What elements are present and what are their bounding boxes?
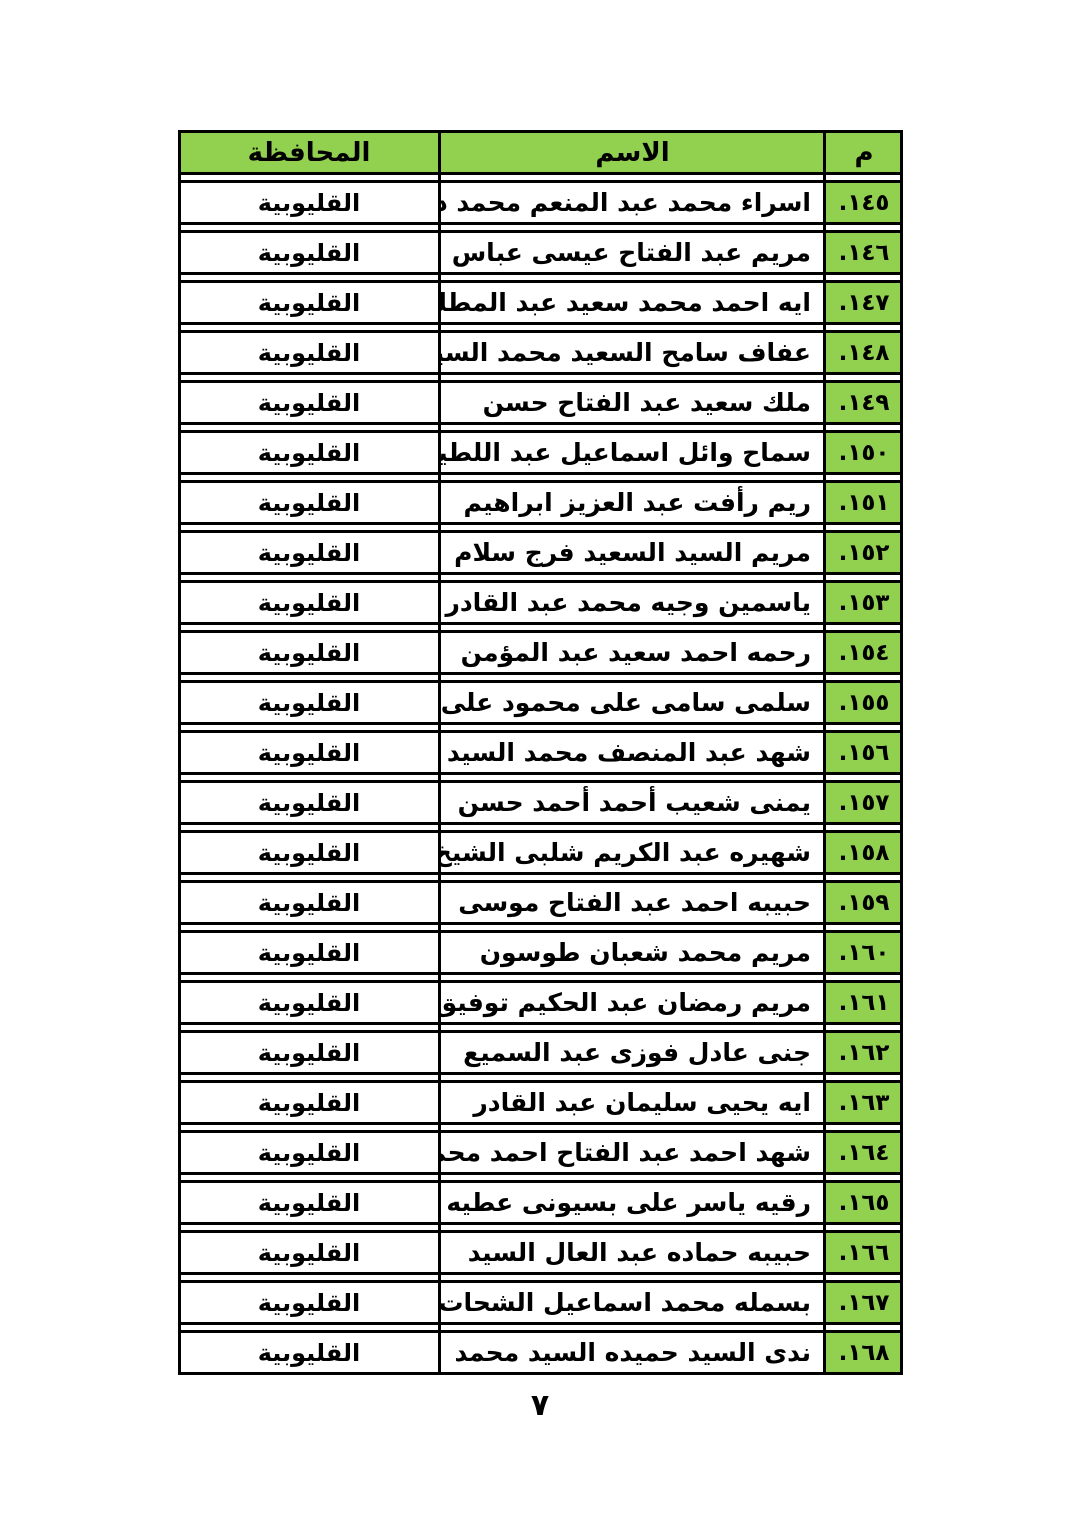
row-name: ايه يحيى سليمان عبد القادر xyxy=(440,1083,825,1122)
row-name: سلمى سامى على محمود على xyxy=(440,683,825,722)
row-serial: ١٦٦. xyxy=(825,1233,903,1272)
row-serial: ١٥٩. xyxy=(825,883,903,922)
row-serial: ١٥٢. xyxy=(825,533,903,572)
table-row: ١٥١. ريم رأفت عبد العزيز ابراهيم القليوب… xyxy=(178,480,903,525)
table-row: ١٤٧. ايه احمد محمد سعيد عبد المطلب القلي… xyxy=(178,280,903,325)
row-serial: ١٥١. xyxy=(825,483,903,522)
header-name: الاسم xyxy=(440,133,825,172)
row-governorate: القليوبية xyxy=(178,1133,440,1172)
row-name: شهد عبد المنصف محمد السيد xyxy=(440,733,825,772)
row-governorate: القليوبية xyxy=(178,383,440,422)
row-serial: ١٥٥. xyxy=(825,683,903,722)
row-name: حبيبه حماده عبد العال السيد xyxy=(440,1233,825,1272)
row-governorate: القليوبية xyxy=(178,1083,440,1122)
row-name: مريم رمضان عبد الحكيم توفيق xyxy=(440,983,825,1022)
row-name: شهيره عبد الكريم شلبى الشيخ xyxy=(440,833,825,872)
table-row: ١٦٣. ايه يحيى سليمان عبد القادر القليوبي… xyxy=(178,1080,903,1125)
table-row: ١٥٦. شهد عبد المنصف محمد السيد القليوبية xyxy=(178,730,903,775)
table-row: ١٥٤. رحمه احمد سعيد عبد المؤمن القليوبية xyxy=(178,630,903,675)
row-serial: ١٥٤. xyxy=(825,633,903,672)
row-serial: ١٦٤. xyxy=(825,1133,903,1172)
table-row: ١٥٧. يمنى شعيب أحمد أحمد حسن القليوبية xyxy=(178,780,903,825)
header-serial: م xyxy=(825,133,903,172)
row-serial: ١٤٨. xyxy=(825,333,903,372)
row-name: بسمله محمد اسماعيل الشحات xyxy=(440,1283,825,1322)
table-row: ١٦٢. جنى عادل فوزى عبد السميع القليوبية xyxy=(178,1030,903,1075)
row-name: عفاف سامح السعيد محمد السيد xyxy=(440,333,825,372)
table-row: ١٥٠. سماح وائل اسماعيل عبد اللطيف القليو… xyxy=(178,430,903,475)
row-serial: ١٥٦. xyxy=(825,733,903,772)
row-governorate: القليوبية xyxy=(178,233,440,272)
row-serial: ١٤٩. xyxy=(825,383,903,422)
row-governorate: القليوبية xyxy=(178,833,440,872)
row-name: حبيبه احمد عبد الفتاح موسى xyxy=(440,883,825,922)
row-serial: ١٥٧. xyxy=(825,783,903,822)
row-governorate: القليوبية xyxy=(178,583,440,622)
table-row: ١٦٦. حبيبه حماده عبد العال السيد القليوب… xyxy=(178,1230,903,1275)
row-name: شهد احمد عبد الفتاح احمد محمد xyxy=(440,1133,825,1172)
table-row: ١٦٧. بسمله محمد اسماعيل الشحات القليوبية xyxy=(178,1280,903,1325)
row-serial: ١٦٧. xyxy=(825,1283,903,1322)
row-governorate: القليوبية xyxy=(178,183,440,222)
row-serial: ١٦٢. xyxy=(825,1033,903,1072)
row-governorate: القليوبية xyxy=(178,883,440,922)
row-serial: ١٦١. xyxy=(825,983,903,1022)
row-governorate: القليوبية xyxy=(178,1283,440,1322)
row-name: رحمه احمد سعيد عبد المؤمن xyxy=(440,633,825,672)
table-header-row: م الاسم المحافظة xyxy=(178,130,903,175)
row-serial: ١٥٣. xyxy=(825,583,903,622)
row-governorate: القليوبية xyxy=(178,1333,440,1372)
table-row: ١٤٥. اسراء محمد عبد المنعم محمد داود الق… xyxy=(178,180,903,225)
roster-table: م الاسم المحافظة ١٤٥. اسراء محمد عبد الم… xyxy=(178,130,903,1375)
header-governorate: المحافظة xyxy=(178,133,440,172)
row-governorate: القليوبية xyxy=(178,983,440,1022)
row-serial: ١٤٧. xyxy=(825,283,903,322)
row-serial: ١٦٥. xyxy=(825,1183,903,1222)
page-number: ٧ xyxy=(0,1388,1080,1423)
table-row: ١٦١. مريم رمضان عبد الحكيم توفيق القليوب… xyxy=(178,980,903,1025)
row-governorate: القليوبية xyxy=(178,733,440,772)
row-name: يمنى شعيب أحمد أحمد حسن xyxy=(440,783,825,822)
row-governorate: القليوبية xyxy=(178,933,440,972)
table-row: ١٤٩. ملك سعيد عبد الفتاح حسن القليوبية xyxy=(178,380,903,425)
row-governorate: القليوبية xyxy=(178,683,440,722)
row-governorate: القليوبية xyxy=(178,533,440,572)
table-border-serial-name xyxy=(823,130,826,1375)
row-governorate: القليوبية xyxy=(178,1033,440,1072)
table-row: ١٥٢. مريم السيد السعيد فرج سلام القليوبي… xyxy=(178,530,903,575)
table-row: ١٥٩. حبيبه احمد عبد الفتاح موسى القليوبي… xyxy=(178,880,903,925)
table-row: ١٥٣. ياسمين وجيه محمد عبد القادر القليوب… xyxy=(178,580,903,625)
table-row: ١٤٨. عفاف سامح السعيد محمد السيد القليوب… xyxy=(178,330,903,375)
row-serial: ١٤٥. xyxy=(825,183,903,222)
row-name: ياسمين وجيه محمد عبد القادر xyxy=(440,583,825,622)
row-governorate: القليوبية xyxy=(178,1183,440,1222)
row-name: مريم السيد السعيد فرج سلام xyxy=(440,533,825,572)
row-serial: ١٦٣. xyxy=(825,1083,903,1122)
row-serial: ١٥٨. xyxy=(825,833,903,872)
row-serial: ١٦٨. xyxy=(825,1333,903,1372)
row-governorate: القليوبية xyxy=(178,433,440,472)
table-row: ١٥٥. سلمى سامى على محمود على القليوبية xyxy=(178,680,903,725)
table-row: ١٦٥. رقيه ياسر على بسيونى عطيه القليوبية xyxy=(178,1180,903,1225)
table-row: ١٤٦. مريم عبد الفتاح عيسى عباس القليوبية xyxy=(178,230,903,275)
row-name: اسراء محمد عبد المنعم محمد داود xyxy=(440,183,825,222)
row-name: مريم عبد الفتاح عيسى عباس xyxy=(440,233,825,272)
row-name: ريم رأفت عبد العزيز ابراهيم xyxy=(440,483,825,522)
row-governorate: القليوبية xyxy=(178,333,440,372)
row-serial: ١٤٦. xyxy=(825,233,903,272)
row-governorate: القليوبية xyxy=(178,783,440,822)
row-name: مريم محمد شعبان طوسون xyxy=(440,933,825,972)
row-name: جنى عادل فوزى عبد السميع xyxy=(440,1033,825,1072)
row-serial: ١٥٠. xyxy=(825,433,903,472)
row-name: ايه احمد محمد سعيد عبد المطلب xyxy=(440,283,825,322)
row-governorate: القليوبية xyxy=(178,1233,440,1272)
table-row: ١٦٠. مريم محمد شعبان طوسون القليوبية xyxy=(178,930,903,975)
table-row: ١٥٨. شهيره عبد الكريم شلبى الشيخ القليوب… xyxy=(178,830,903,875)
row-governorate: القليوبية xyxy=(178,283,440,322)
table-border-name-governorate xyxy=(438,130,441,1375)
row-serial: ١٦٠. xyxy=(825,933,903,972)
table-row: ١٦٨. ندى السيد حميده السيد محمد القليوبي… xyxy=(178,1330,903,1375)
row-name: رقيه ياسر على بسيونى عطيه xyxy=(440,1183,825,1222)
table-border-left xyxy=(178,130,181,1375)
row-governorate: القليوبية xyxy=(178,633,440,672)
row-governorate: القليوبية xyxy=(178,483,440,522)
table-border-right xyxy=(900,130,903,1375)
row-name: ندى السيد حميده السيد محمد xyxy=(440,1333,825,1372)
document-page: م الاسم المحافظة ١٤٥. اسراء محمد عبد الم… xyxy=(0,0,1080,1528)
table-body: ١٤٥. اسراء محمد عبد المنعم محمد داود الق… xyxy=(178,180,903,1375)
row-name: ملك سعيد عبد الفتاح حسن xyxy=(440,383,825,422)
row-name: سماح وائل اسماعيل عبد اللطيف xyxy=(440,433,825,472)
table-row: ١٦٤. شهد احمد عبد الفتاح احمد محمد القلي… xyxy=(178,1130,903,1175)
